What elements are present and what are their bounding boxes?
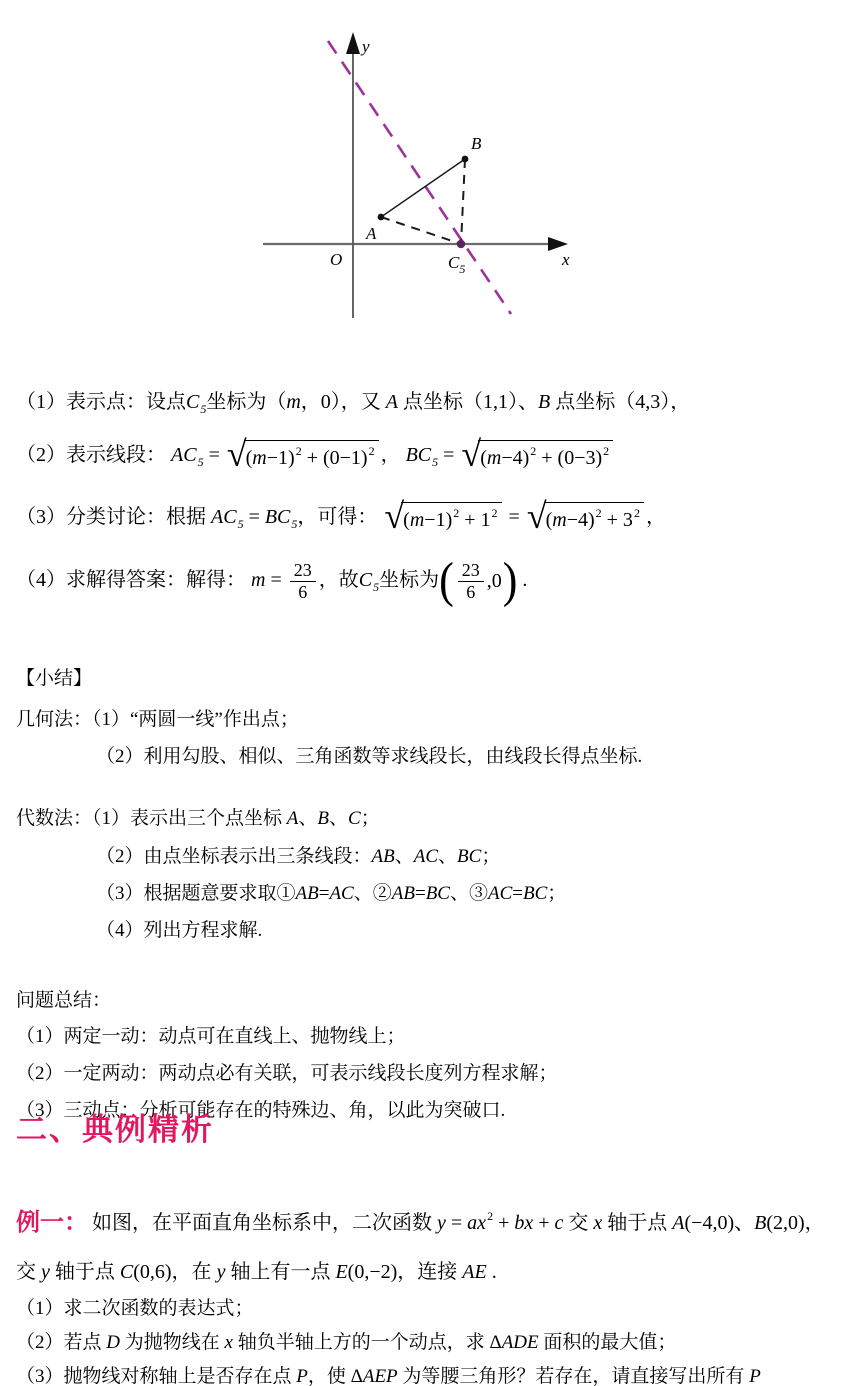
summary-algebraic-line-3: （3）根据题意要求取①AB=AC、②AB=BC、③AC=BC； bbox=[96, 880, 566, 908]
point-B-label: B bbox=[471, 134, 482, 153]
point-A-dot bbox=[378, 214, 385, 221]
x-axis-label: x bbox=[561, 250, 570, 269]
figure-svg: y x O A B C5 bbox=[228, 16, 610, 328]
example-question-3: （3）抛物线对称轴上是否存在点 P，使 ΔAEP 为等腰三角形？若存在，请直接写… bbox=[16, 1363, 761, 1386]
problem-summary-title: 问题总结： bbox=[16, 987, 111, 1015]
coordinate-figure: y x O A B C5 bbox=[228, 16, 610, 333]
solution-step-2: （2）表示线段： AC5 = √(m−1)2 + (0−1)2， BC5 = √… bbox=[16, 440, 615, 473]
summary-algebraic-line-2: （2）由点坐标表示出三条线段：AB、AC、BC； bbox=[96, 843, 500, 871]
point-B-dot bbox=[462, 156, 469, 163]
solution-step-1: （1）表示点：设点C5坐标为（m，0），又 A 点坐标（1,1）、B 点坐标（4… bbox=[16, 388, 690, 418]
example-question-1: （1）求二次函数的表达式； bbox=[16, 1295, 254, 1323]
summary-algebraic-line-4: （4）列出方程求解. bbox=[96, 917, 262, 945]
origin-label: O bbox=[330, 250, 342, 269]
section-heading: 二、典例精析 bbox=[16, 1108, 214, 1153]
perpendicular-bisector-dashed-line bbox=[328, 41, 511, 314]
y-axis-label: y bbox=[360, 37, 370, 56]
point-C5-dot bbox=[457, 240, 465, 248]
point-A-label: A bbox=[365, 224, 377, 243]
problem-summary-item-2: （2）一定两动：两动点必有关联，可表示线段长度列方程求解； bbox=[16, 1060, 558, 1088]
x-axis-arrowhead bbox=[548, 237, 568, 251]
solution-step-4: （4）求解得答案：解得： m = 236，故C5坐标为(236,0) . bbox=[16, 560, 527, 602]
example-intro-runs: 如图，在平面直角坐标系中，二次函数 y = ax2 + bx + c 交 x 轴… bbox=[92, 1212, 825, 1234]
y-axis-arrowhead bbox=[346, 32, 360, 54]
summary-geometric-line-2: （2）利用勾股、相似、三角函数等求线段长，由线段长得点坐标. bbox=[96, 743, 642, 771]
problem-summary-item-1: （1）两定一动：动点可在直线上、抛物线上； bbox=[16, 1023, 406, 1051]
example-intro-line-1: 例一：如图，在平面直角坐标系中，二次函数 y = ax2 + bx + c 交 … bbox=[16, 1206, 825, 1241]
summary-geometric-line-1: 几何法：（1）“两圆一线”作出点； bbox=[16, 706, 299, 734]
segment-AC5-dashed bbox=[381, 217, 461, 244]
solution-step-3: （3）分类讨论：根据 AC5 = BC5，可得： √(m−1)2 + 12 = … bbox=[16, 502, 666, 535]
worksheet-page: y x O A B C5 （1）表示点：设点C5坐标为（m，0），又 A 点坐标… bbox=[0, 0, 847, 1386]
summary-algebraic-line-1: 代数法：（1）表示出三个点坐标 A、B、C； bbox=[16, 805, 380, 833]
summary-title: 【小结】 bbox=[16, 665, 92, 693]
segment-BC5-dashed bbox=[461, 159, 465, 244]
example-question-2: （2）若点 D 为抛物线在 x 轴负半轴上方的一个动点，求 ΔADE 面积的最大… bbox=[16, 1329, 676, 1357]
example-intro-line-2: 交 y 轴于点 C(0,6)，在 y 轴上有一点 E(0,−2)，连接 AE . bbox=[16, 1258, 497, 1287]
point-C5-label: C5 bbox=[448, 253, 465, 276]
segment-AB-solid bbox=[381, 159, 465, 217]
example-label: 例一： bbox=[16, 1209, 88, 1236]
